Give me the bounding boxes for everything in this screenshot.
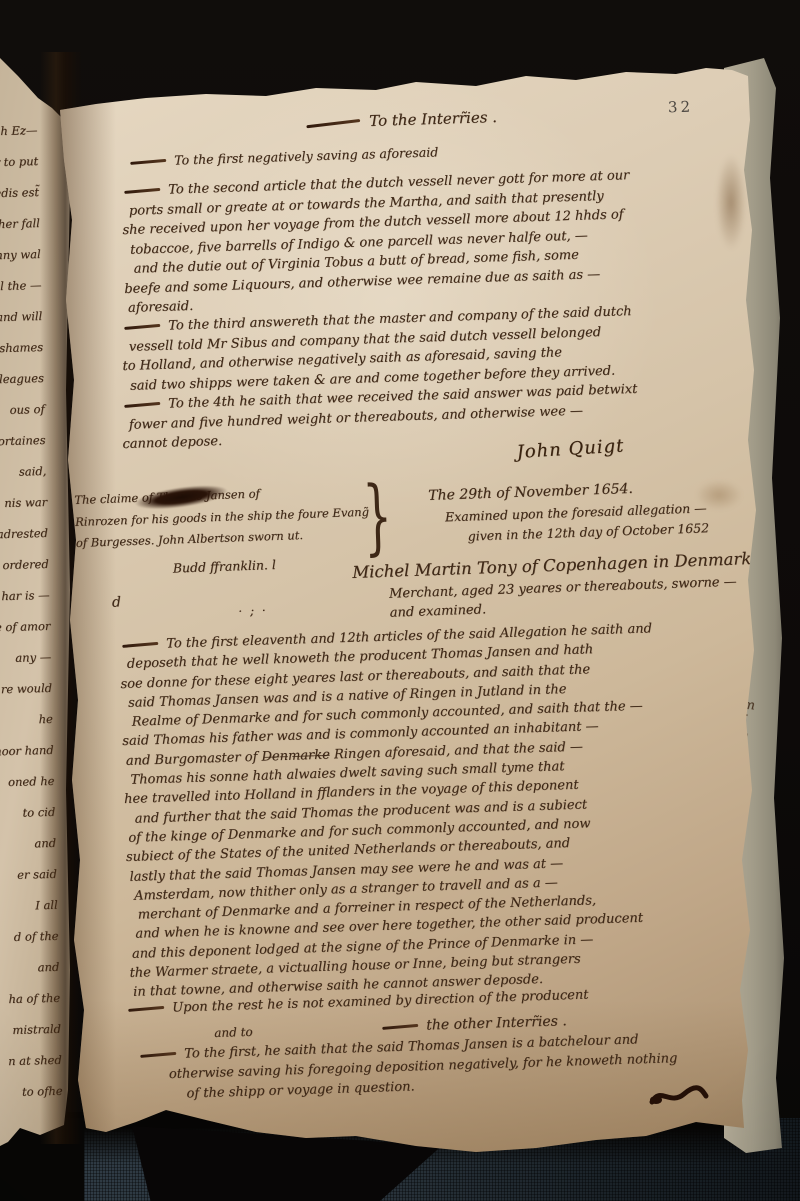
deposition-body: To the first eleaventh and 12th articles… [122, 619, 663, 1002]
photograph: mʃɔeʅſ h Ez—er to putedis est̃E her fall… [0, 0, 800, 1201]
examination-dates: The 29th of November 1654. Examined upon… [428, 478, 709, 545]
manuscript-line: h Ez— [0, 115, 38, 148]
margin-mark-d: d [112, 594, 122, 610]
margin-divider: · ; · [238, 603, 268, 618]
manuscript-line: shames [0, 332, 43, 365]
response-second: To the second article that the dutch ves… [124, 166, 633, 318]
manuscript-line: er to put [0, 146, 39, 179]
ink-flourish [648, 1080, 710, 1112]
deponent-identification: Michel Martin Tony of Copenhagen in Denm… [352, 548, 784, 622]
manuscript-line: el the — [0, 270, 42, 303]
interlude-word: and to [214, 1025, 253, 1040]
given-line: given in the 12th day of October 1652 [467, 520, 709, 543]
manuscript-line: and will [0, 301, 43, 334]
section-heading: To the Interr̃ies . [306, 108, 497, 132]
margin-brace: } [361, 469, 393, 565]
response-first: To the first negatively saving as afores… [130, 144, 438, 169]
manuscript-line: nanny wal [0, 239, 41, 272]
stain [716, 155, 746, 250]
manuscript-line: d leagues [0, 363, 44, 396]
date-line: The 29th of November 1654. [428, 478, 708, 504]
margin-note: The claime of Thomas Jansen ofRinrozen f… [74, 478, 416, 554]
page-number: 32 [668, 98, 694, 117]
manuscript-line: edis est̃ [0, 177, 39, 210]
manuscript-line: E her fall [0, 208, 40, 241]
manuscript-line: ous of [0, 394, 45, 427]
examiner-name: Budd ffranklin. l [173, 557, 277, 576]
manuscript-page: 32 To the Interr̃ies . To the first nega… [56, 60, 756, 1160]
